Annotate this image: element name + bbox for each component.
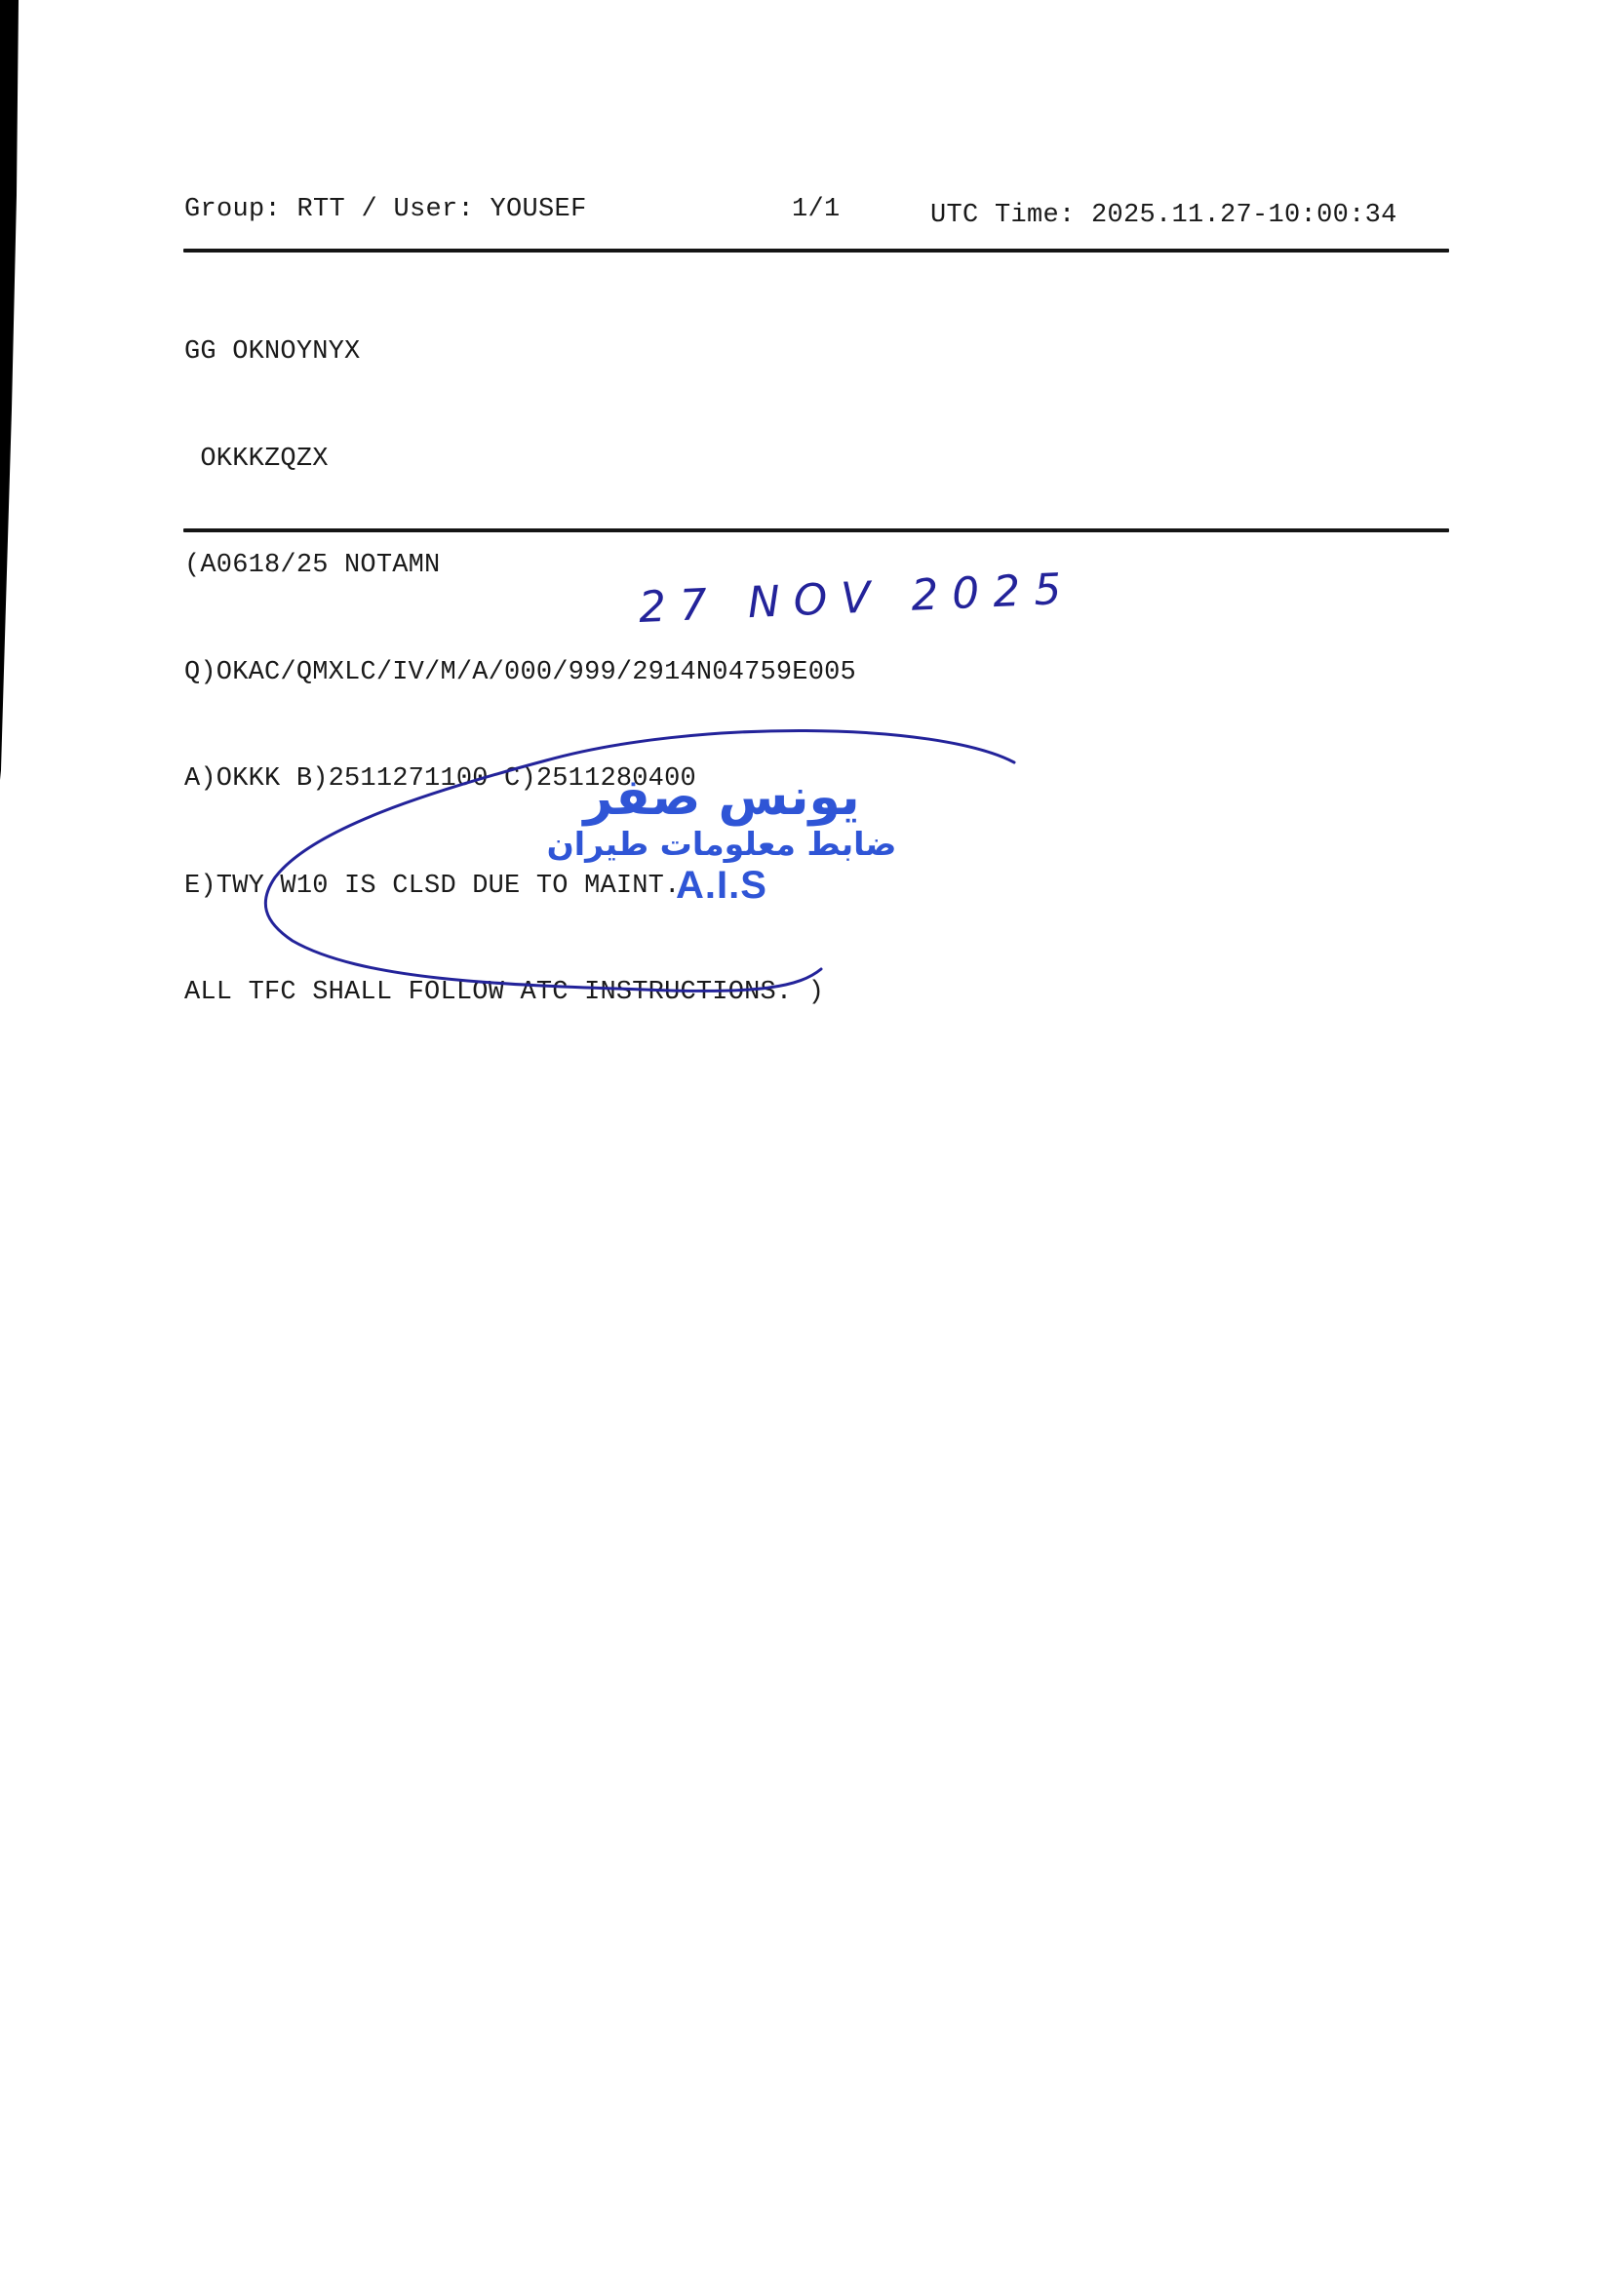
- utc-timestamp: UTC Time: 2025.11.27-10:00:34: [930, 201, 1397, 230]
- stamp-officer-name: يونس صفر: [546, 770, 897, 825]
- stamp-unit: A.I.S: [546, 864, 897, 907]
- officer-stamp: يونس صفر ضابط معلومات طيران A.I.S: [546, 770, 897, 907]
- page-indicator: 1/1: [792, 195, 841, 224]
- message-divider: [183, 528, 1449, 532]
- scanner-edge-shadow: [0, 0, 20, 780]
- header-divider: [183, 249, 1449, 253]
- message-line-priority-address: GG OKNOYNYX: [184, 334, 856, 370]
- group-user-label: Group: RTT / User: YOUSEF: [184, 195, 587, 224]
- stamp-officer-title: ضابط معلومات طيران: [546, 825, 897, 864]
- print-header: Group: RTT / User: YOUSEF 1/1 UTC Time: …: [184, 195, 1452, 226]
- message-line-q-field: Q)OKAC/QMXLC/IV/M/A/000/999/2914N04759E0…: [184, 655, 856, 691]
- message-line-originator: OKKKZQZX: [184, 442, 856, 478]
